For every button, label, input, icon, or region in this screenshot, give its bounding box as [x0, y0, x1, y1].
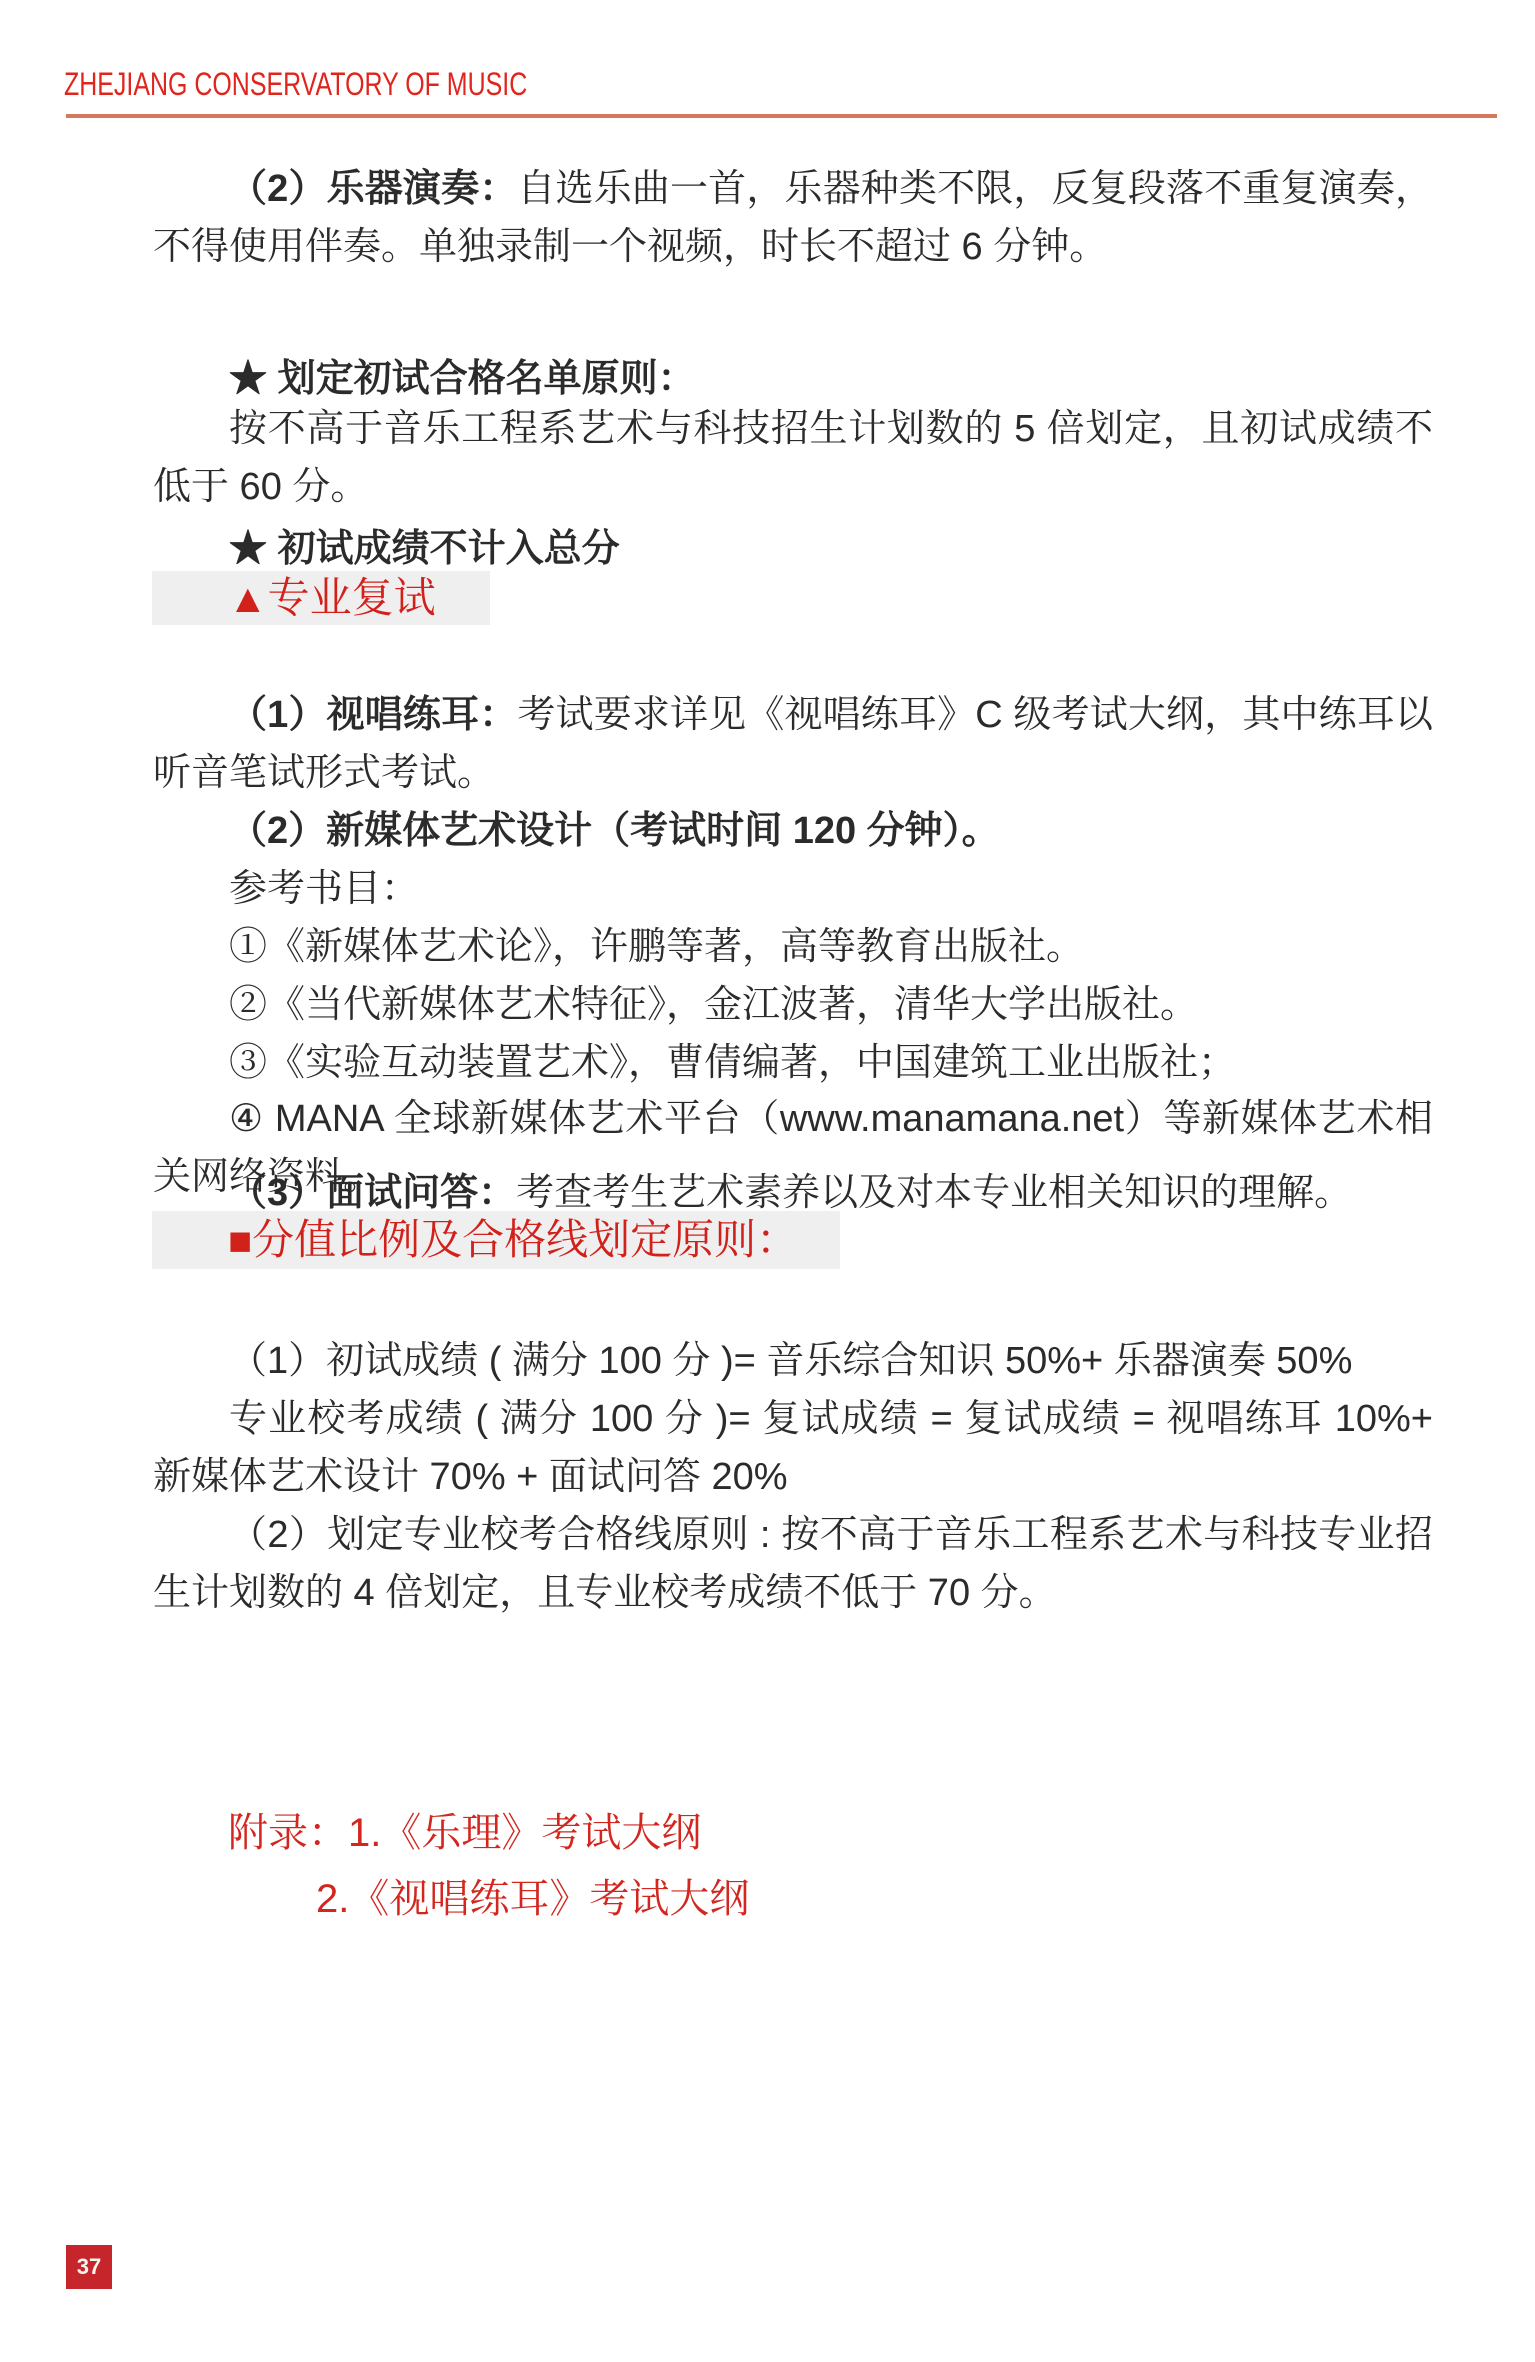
list-item-book-2: ②《当代新媒体艺术特征》，金江波著，清华大学出版社。	[153, 976, 1433, 1034]
header-brand-text: ZHEJIANG CONSERVATORY OF MUSIC	[64, 66, 527, 103]
paragraph-text: （1）初试成绩 ( 满分 100 分 )= 音乐综合知识 50%+ 乐器演奏 5…	[229, 1340, 1352, 1382]
triangle-icon: ▲	[228, 577, 268, 621]
paragraph-text: 考查考生艺术素养以及对本专业相关知识的理解。	[516, 1172, 1352, 1214]
header-rule-divider	[66, 114, 1497, 118]
list-item-book-1: ①《新媒体艺术论》，许鹏等著，高等教育出版社。	[153, 918, 1433, 976]
section-header-retest: ▲专业复试	[152, 571, 490, 625]
paragraph-instrument-performance: （2）乐器演奏：自选乐曲一首，乐器种类不限，反复段落不重复演奏，不得使用伴奏。单…	[153, 160, 1433, 276]
appendix-line-1: 附录：1.《乐理》考试大纲	[228, 1800, 749, 1866]
paragraph-text: （2）划定专业校考合格线原则 : 按不高于音乐工程系艺术与科技专业招生计划数的 …	[153, 1514, 1433, 1614]
document-page: ZHEJIANG CONSERVATORY OF MUSIC （2）乐器演奏：自…	[0, 0, 1535, 2362]
paragraph-label: （2）新媒体艺术设计（考试时间 120 分钟）。	[229, 810, 1000, 852]
section-title-text: 专业复试	[268, 574, 436, 621]
appendix-item-2: 2.《视唱练耳》考试大纲	[316, 1877, 749, 1921]
appendix-label: 附录：	[228, 1811, 348, 1855]
paragraph-reference-books-title: 参考书目：	[153, 860, 1433, 918]
bullet-text: 划定初试合格名单原则：	[278, 358, 696, 400]
page-number: 37	[77, 2254, 101, 2280]
section-title: ▲专业复试	[152, 577, 436, 619]
paragraph-sight-singing: （1）视唱练耳：考试要求详见《视唱练耳》C 级考试大纲，其中练耳以听音笔试形式考…	[153, 686, 1433, 802]
star-icon: ★	[229, 528, 278, 570]
square-icon: ■	[228, 1219, 252, 1263]
paragraph-text: 专业校考成绩 ( 满分 100 分 )= 复试成绩 = 复试成绩 = 视唱练耳 …	[153, 1398, 1433, 1498]
section-header-score-ratio: ■分值比例及合格线划定原则：	[152, 1211, 840, 1269]
appendix-line-2: 2.《视唱练耳》考试大纲	[316, 1866, 749, 1932]
star-icon: ★	[229, 358, 278, 400]
paragraph-label: （2）乐器演奏：	[229, 168, 517, 210]
list-item-text: ①《新媒体艺术论》，许鹏等著，高等教育出版社。	[229, 926, 1084, 968]
section-title: ■分值比例及合格线划定原则：	[152, 1219, 798, 1261]
list-item-text: ②《当代新媒体艺术特征》，金江波著，清华大学出版社。	[229, 984, 1198, 1026]
paragraph-label: （3）面试问答：	[229, 1172, 516, 1214]
paragraph-text: 按不高于音乐工程系艺术与科技招生计划数的 5 倍划定，且初试成绩不低于 60 分…	[153, 408, 1433, 508]
appendix-links: 附录：1.《乐理》考试大纲 2.《视唱练耳》考试大纲	[228, 1800, 749, 1932]
bullet-score-not-counted: ★ 初试成绩不计入总分	[153, 520, 1509, 578]
header-brand: ZHEJIANG CONSERVATORY OF MUSIC	[64, 66, 658, 103]
paragraph-new-media-design: （2）新媒体艺术设计（考试时间 120 分钟）。	[153, 802, 1433, 860]
paragraph-label: （1）视唱练耳：	[229, 694, 517, 736]
list-item-book-3: ③《实验互动装置艺术》，曹倩编著，中国建筑工业出版社；	[153, 1034, 1433, 1092]
paragraph-passline-rule: （2）划定专业校考合格线原则 : 按不高于音乐工程系艺术与科技专业招生计划数的 …	[153, 1506, 1433, 1622]
paragraph-formula-first-round: （1）初试成绩 ( 满分 100 分 )= 音乐综合知识 50%+ 乐器演奏 5…	[153, 1332, 1433, 1390]
paragraph-formula-school-exam: 专业校考成绩 ( 满分 100 分 )= 复试成绩 = 复试成绩 = 视唱练耳 …	[153, 1390, 1433, 1506]
section-title-text: 分值比例及合格线划定原则：	[252, 1216, 798, 1263]
page-number-badge: 37	[66, 2245, 112, 2289]
paragraph-text: 参考书目：	[229, 868, 419, 910]
paragraph-first-round-rule: 按不高于音乐工程系艺术与科技招生计划数的 5 倍划定，且初试成绩不低于 60 分…	[153, 400, 1433, 516]
appendix-item-1: 1.《乐理》考试大纲	[348, 1811, 701, 1855]
bullet-text: 初试成绩不计入总分	[278, 528, 620, 570]
list-item-text: ③《实验互动装置艺术》，曹倩编著，中国建筑工业出版社；	[229, 1042, 1236, 1084]
